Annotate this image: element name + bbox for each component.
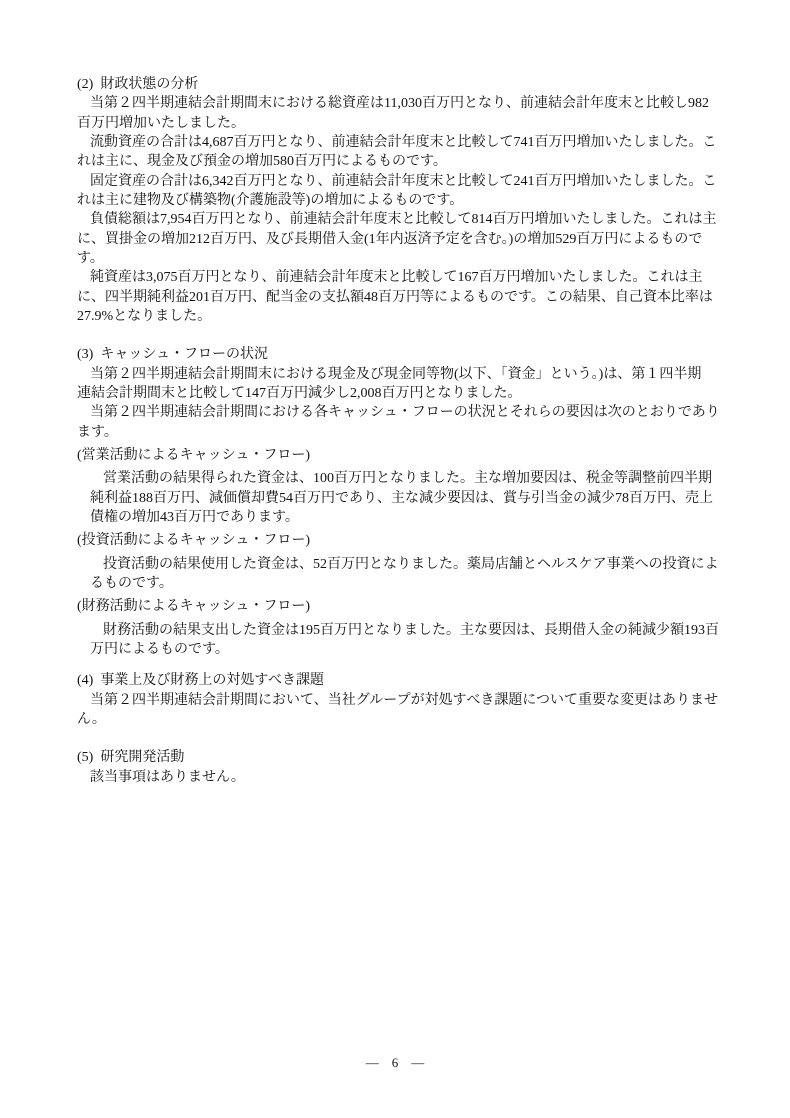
cashflow-operating-label: (営業活動によるキャッシュ・フロー) [77,446,737,465]
text-line: 当第２四半期連結会計期間における各キャッシュ・フローの状況とそれらの要因は次のと… [77,403,737,422]
text-line: 純資産は3,075百万円となり、前連結会計年度末と比較して167百万円増加いたし… [77,268,737,287]
text-line: 当第２四半期連結会計期間末における現金及び現金同等物(以下、「資金」という。)は… [77,365,737,384]
text-line: 投資活動の結果使用した資金は、52百万円となりました。薬局店舗とヘルスケア事業へ… [77,555,737,574]
text-line: す。 [77,249,737,268]
document-page: (2)財政状態の分析 当第２四半期連結会計期間末における総資産は11,030百万… [0,0,790,1118]
text-line: ん。 [77,710,737,729]
section-number: (5) [77,750,93,765]
text-line: 百万円増加いたしました。 [77,114,737,133]
text-line: 債権の増加43百万円であります。 [77,508,737,527]
section-business-challenges: (4)事業上及び財務上の対処すべき課題 当第２四半期連結会計期間において、当社グ… [77,671,737,729]
text-line: れは主に建物及び構築物(介護施設等)の増加によるものです。 [77,191,737,210]
text-line: 連結会計期間末と比較して147百万円減少し2,008百万円となりました。 [77,384,737,403]
page-footer: ―6― [0,1053,790,1072]
text-line: に、四半期純利益201百万円、配当金の支払額48百万円等によるものです。この結果… [77,288,737,307]
text-line: 27.9%となりました。 [77,307,737,326]
section-number: (2) [77,77,93,92]
text-line: 流動資産の合計は4,687百万円となり、前連結会計年度末と比較して741百万円増… [77,133,737,152]
text-line: 営業活動の結果得られた資金は、100百万円となりました。主な増加要因は、税金等調… [77,469,737,488]
text-line: 当第２四半期連結会計期間末における総資産は11,030百万円となり、前連結会計年… [77,94,737,113]
cashflow-financing-label: (財務活動によるキャッシュ・フロー) [77,597,737,616]
text-line: に、買掛金の増加212百万円、及び長期借入金(1年内返済予定を含む。)の増加52… [77,230,737,249]
document-body: (2)財政状態の分析 当第２四半期連結会計期間末における総資産は11,030百万… [77,75,737,787]
section-cash-flow: (3)キャッシュ・フローの状況 当第２四半期連結会計期間末における現金及び現金同… [77,345,737,659]
section-heading: (4)事業上及び財務上の対処すべき課題 [77,671,737,690]
text-line: 当第２四半期連結会計期間において、当社グループが対処すべき課題について重要な変更… [77,691,737,710]
text-line: 固定資産の合計は6,342百万円となり、前連結会計年度末と比較して241百万円増… [77,172,737,191]
section-heading: (3)キャッシュ・フローの状況 [77,345,737,364]
section-title: キャッシュ・フローの状況 [100,347,268,362]
text-line: ます。 [77,423,737,442]
section-research-development: (5)研究開発活動 該当事項はありません。 [77,748,737,787]
footer-dash-right: ― [411,1055,424,1070]
section-title: 研究開発活動 [100,750,184,765]
section-title: 財政状態の分析 [100,77,198,92]
text-line: れは主に、現金及び預金の増加580百万円によるものです。 [77,152,737,171]
text-line: 財務活動の結果支出した資金は195百万円となりました。主な要因は、長期借入金の純… [77,621,737,640]
section-number: (3) [77,347,93,362]
section-heading: (2)財政状態の分析 [77,75,737,94]
text-line: 純利益188百万円、減価償却費54百万円であり、主な減少要因は、賞与引当金の減少… [77,489,737,508]
cashflow-investing-label: (投資活動によるキャッシュ・フロー) [77,531,737,550]
footer-dash-left: ― [366,1055,379,1070]
page-number: 6 [392,1055,399,1070]
text-line: 万円によるものです。 [77,640,737,659]
section-financial-position: (2)財政状態の分析 当第２四半期連結会計期間末における総資産は11,030百万… [77,75,737,326]
section-heading: (5)研究開発活動 [77,748,737,767]
text-line: 負債総額は7,954百万円となり、前連結会計年度末と比較して814百万円増加いた… [77,210,737,229]
section-number: (4) [77,673,93,688]
text-line: 該当事項はありません。 [77,768,737,787]
section-title: 事業上及び財務上の対処すべき課題 [100,673,324,688]
text-line: るものです。 [77,574,737,593]
